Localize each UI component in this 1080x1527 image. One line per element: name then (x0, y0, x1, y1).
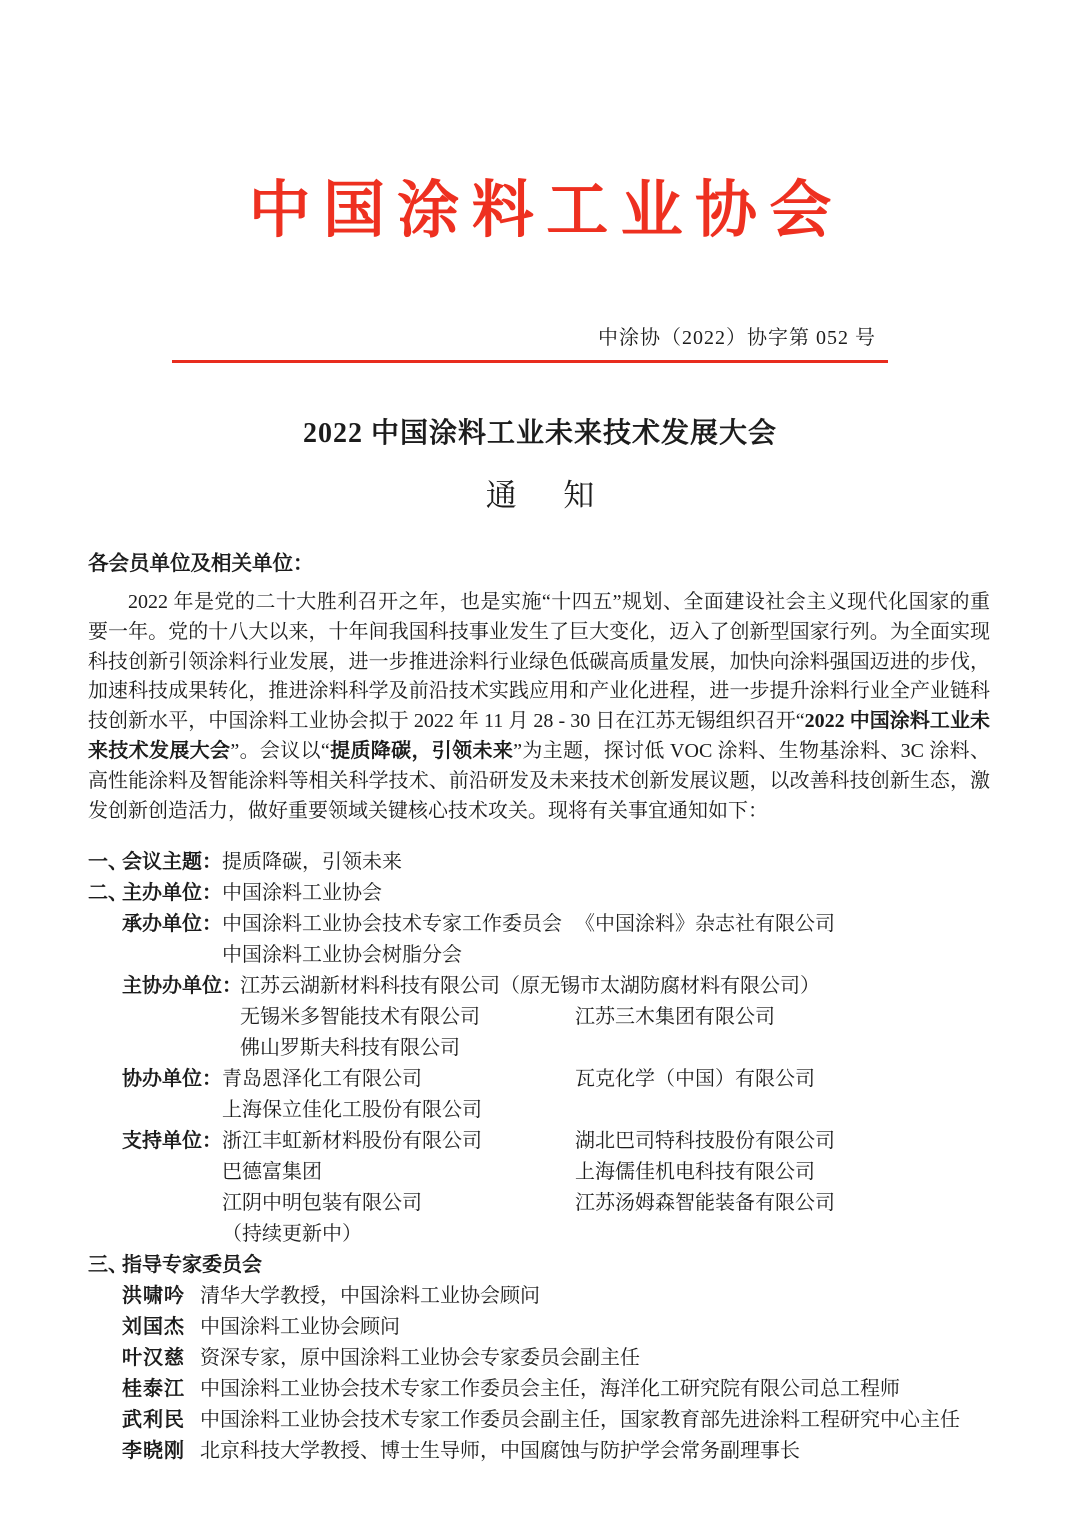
org-row: 支持单位：浙江丰虹新材料股份有限公司湖北巴司特科技股份有限公司 (88, 1124, 990, 1155)
org-row-value-2: 江苏汤姆森智能装备有限公司 (575, 1186, 835, 1215)
intro-paragraph: 2022 年是党的二十大胜利召开之年，也是实施“十四五”规划、全面建设社会主义现… (88, 588, 990, 826)
org-row-value: 巴德富集团 (222, 1155, 322, 1184)
conference-title: 2022 中国涂料工业未来技术发展大会 (0, 411, 1080, 451)
association-letterhead-title: 中国涂料工业协会 (0, 160, 1080, 249)
org-row: 一、会议主题：提质降碳，引领未来 (88, 845, 990, 876)
org-row-label: 协办单位： (122, 1062, 222, 1091)
committee-row: 武利民中国涂料工业协会技术专家工作委员会副主任，国家教育部先进涂料工程研究中心主… (88, 1403, 990, 1434)
org-row: 二、主办单位：中国涂料工业协会 (88, 876, 990, 907)
org-row-label: 会议主题： (122, 845, 222, 874)
org-row-value: 浙江丰虹新材料股份有限公司 (222, 1124, 482, 1153)
org-row: 上海保立佳化工股份有限公司 (88, 1093, 990, 1124)
organizer-list: 一、会议主题：提质降碳，引领未来二、主办单位：中国涂料工业协会承办单位：中国涂料… (88, 845, 990, 1279)
org-row-value: 中国涂料工业协会树脂分会 (222, 938, 462, 967)
org-row: 承办单位：中国涂料工业协会技术专家工作委员会《中国涂料》杂志社有限公司 (88, 907, 990, 938)
committee-member-name: 洪啸吟 (122, 1279, 185, 1308)
committee-member-title: 中国涂料工业协会技术专家工作委员会副主任，国家教育部先进涂料工程研究中心主任 (200, 1403, 960, 1432)
document-number: 中涂协（2022）协字第 052 号 (598, 321, 876, 350)
org-row-value: 佛山罗斯夫科技有限公司 (240, 1031, 460, 1060)
org-row-label: 指导专家委员会 (122, 1248, 262, 1277)
org-row-value: 上海保立佳化工股份有限公司 (222, 1093, 482, 1122)
org-row-value: 江苏云湖新材料科技有限公司（原无锡市太湖防腐材料有限公司） (240, 969, 820, 998)
salutation: 各会员单位及相关单位： (88, 546, 314, 576)
red-divider-rule (172, 360, 888, 363)
committee-member-title: 北京科技大学教授、博士生导师，中国腐蚀与防护学会常务副理事长 (200, 1434, 800, 1463)
org-row-value: 中国涂料工业协会 (222, 876, 382, 905)
org-row-value: 江阴中明包装有限公司 (222, 1186, 422, 1215)
org-row-value: （持续更新中） (222, 1217, 362, 1246)
org-row-label: 主办单位： (122, 876, 222, 905)
org-row-value-2: 上海儒佳机电科技有限公司 (575, 1155, 815, 1184)
paragraph-run: 提质降碳，引领未来 (330, 740, 513, 762)
org-row: 巴德富集团上海儒佳机电科技有限公司 (88, 1155, 990, 1186)
org-row: 三、指导专家委员会 (88, 1248, 990, 1279)
committee-row: 叶汉慈资深专家，原中国涂料工业协会专家委员会副主任 (88, 1341, 990, 1372)
org-row-value: 提质降碳，引领未来 (222, 845, 402, 874)
org-row-label: 支持单位： (122, 1124, 222, 1153)
org-row-value-2: 《中国涂料》杂志社有限公司 (575, 907, 835, 936)
org-row: 协办单位：青岛恩泽化工有限公司瓦克化学（中国）有限公司 (88, 1062, 990, 1093)
committee-row: 刘国杰中国涂料工业协会顾问 (88, 1310, 990, 1341)
org-row-value: 无锡米多智能技术有限公司 (240, 1000, 480, 1029)
org-row-label: 主协办单位： (122, 969, 242, 998)
org-row: 江阴中明包装有限公司江苏汤姆森智能装备有限公司 (88, 1186, 990, 1217)
document-page: 中国涂料工业协会 中涂协（2022）协字第 052 号 2022 中国涂料工业未… (0, 0, 1080, 1527)
org-row-value-2: 瓦克化学（中国）有限公司 (575, 1062, 815, 1091)
committee-member-name: 桂泰江 (122, 1372, 185, 1401)
committee-member-title: 中国涂料工业协会顾问 (200, 1310, 400, 1339)
committee-member-name: 武利民 (122, 1403, 185, 1432)
org-row-value-2: 湖北巴司特科技股份有限公司 (575, 1124, 835, 1153)
org-row-value: 中国涂料工业协会技术专家工作委员会 (222, 907, 562, 936)
committee-row: 桂泰江中国涂料工业协会技术专家工作委员会主任，海洋化工研究院有限公司总工程师 (88, 1372, 990, 1403)
org-row: 佛山罗斯夫科技有限公司 (88, 1031, 990, 1062)
committee-row: 洪啸吟清华大学教授，中国涂料工业协会顾问 (88, 1279, 990, 1310)
org-row-value: 青岛恩泽化工有限公司 (222, 1062, 422, 1091)
committee-member-title: 清华大学教授，中国涂料工业协会顾问 (200, 1279, 540, 1308)
org-row-label: 承办单位： (122, 907, 222, 936)
org-row: 中国涂料工业协会树脂分会 (88, 938, 990, 969)
expert-committee-list: 洪啸吟清华大学教授，中国涂料工业协会顾问刘国杰中国涂料工业协会顾问叶汉慈资深专家… (88, 1279, 990, 1465)
committee-member-name: 叶汉慈 (122, 1341, 185, 1370)
org-row: 无锡米多智能技术有限公司江苏三木集团有限公司 (88, 1000, 990, 1031)
committee-member-name: 刘国杰 (122, 1310, 185, 1339)
paragraph-run: ”。会议以“ (230, 740, 329, 762)
committee-row: 李晓刚北京科技大学教授、博士生导师，中国腐蚀与防护学会常务副理事长 (88, 1434, 990, 1465)
org-row-value-2: 江苏三木集团有限公司 (575, 1000, 775, 1029)
committee-member-title: 资深专家，原中国涂料工业协会专家委员会副主任 (200, 1341, 640, 1370)
org-row: 主协办单位：江苏云湖新材料科技有限公司（原无锡市太湖防腐材料有限公司） (88, 969, 990, 1000)
committee-member-name: 李晓刚 (122, 1434, 185, 1463)
notice-heading: 通 知 (0, 470, 1080, 515)
org-row: （持续更新中） (88, 1217, 990, 1248)
committee-member-title: 中国涂料工业协会技术专家工作委员会主任，海洋化工研究院有限公司总工程师 (200, 1372, 900, 1401)
